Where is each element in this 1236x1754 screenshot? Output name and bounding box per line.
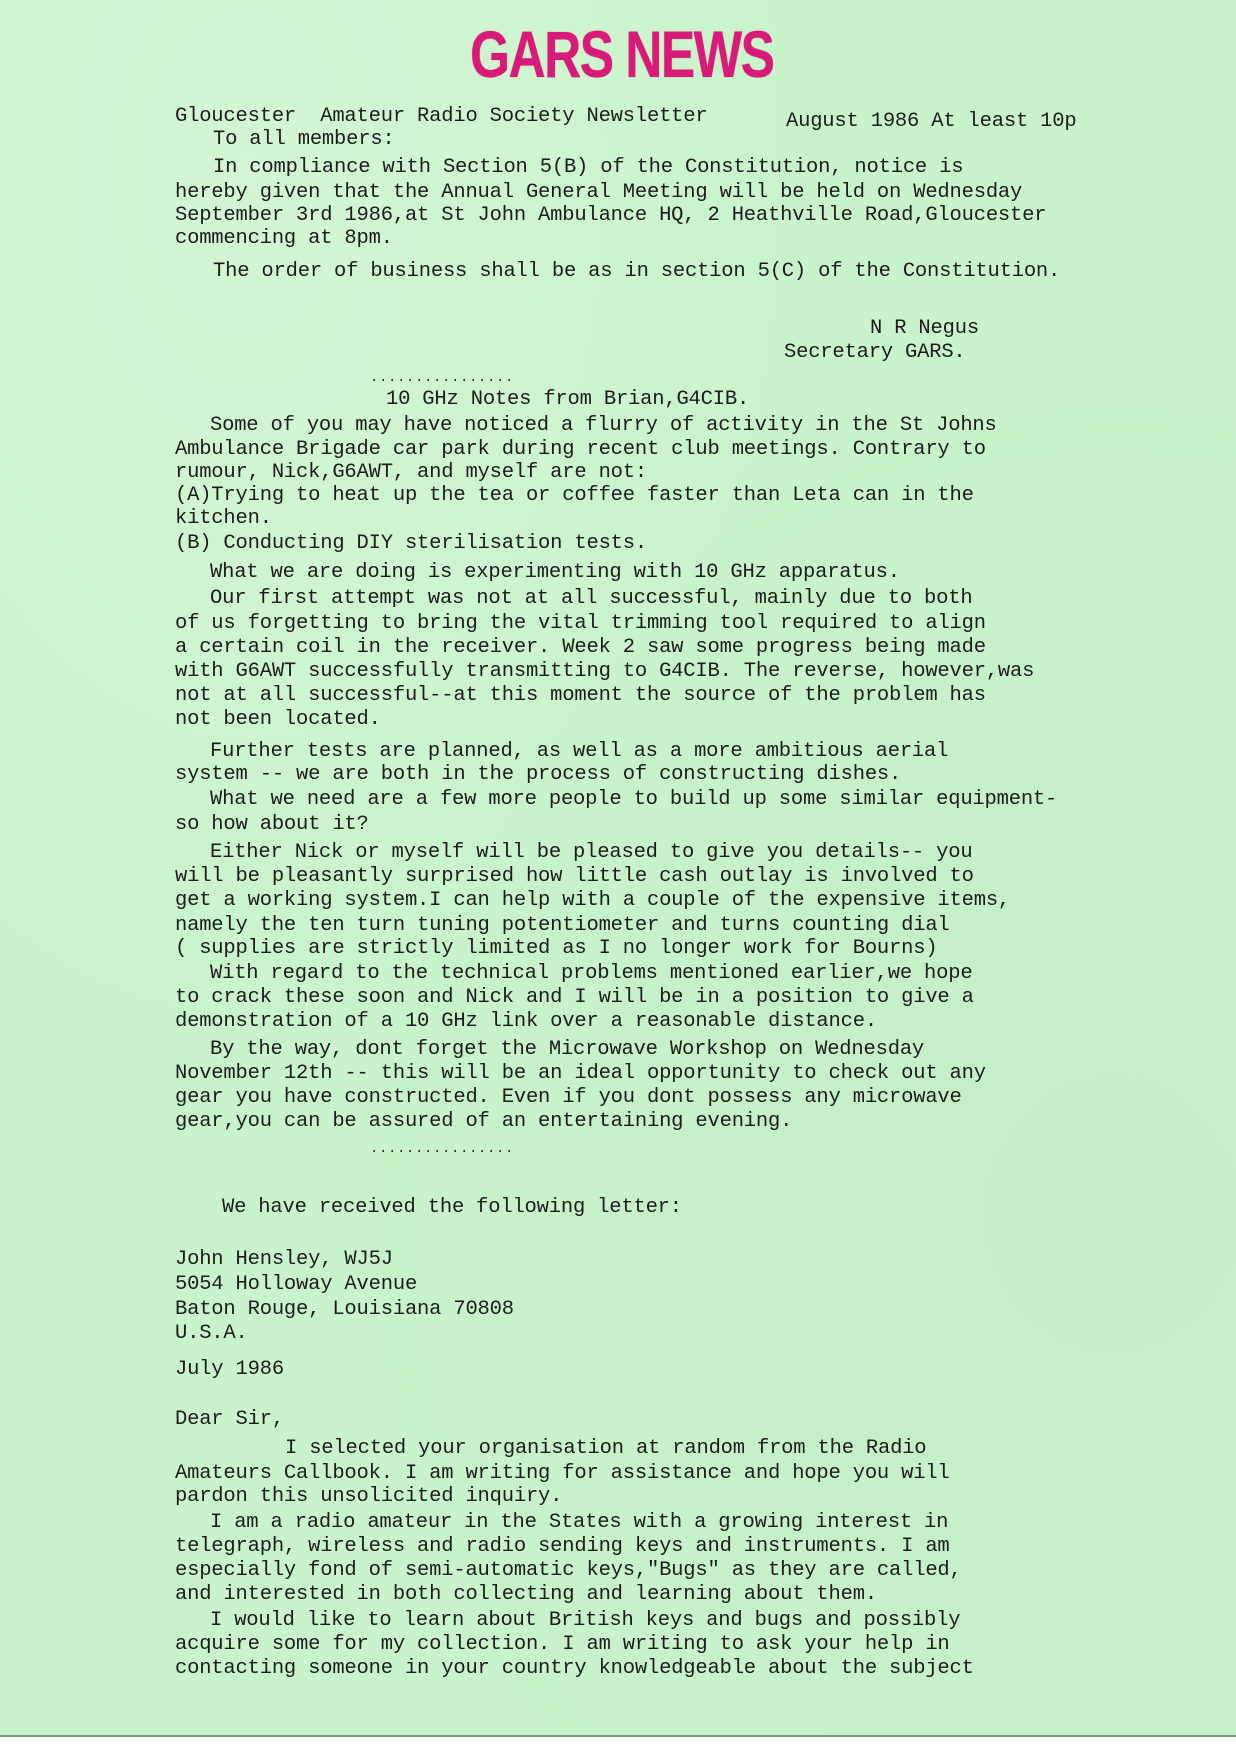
letter-line: I am a radio amateur in the States with … bbox=[210, 1511, 948, 1535]
letter-line: especially fond of semi-automatic keys,"… bbox=[175, 1559, 962, 1583]
signature-title: Secretary GARS. bbox=[784, 341, 966, 365]
ghz-line: of us forgetting to bring the vital trim… bbox=[175, 612, 986, 636]
agm-line: commencing at 8pm. bbox=[175, 227, 393, 251]
ghz-line: Further tests are planned, as well as a … bbox=[210, 740, 948, 764]
letter-line: I selected your organisation at random f… bbox=[285, 1437, 926, 1461]
ghz-line: rumour, Nick,G6AWT, and myself are not: bbox=[175, 461, 647, 485]
letter-line: telegraph, wireless and radio sending ke… bbox=[175, 1535, 950, 1559]
masthead-title: GARS NEWS bbox=[470, 14, 735, 94]
letter-address-line: U.S.A. bbox=[175, 1322, 248, 1346]
ghz-line: gear you have constructed. Even if you d… bbox=[175, 1086, 962, 1110]
letter-line: contacting someone in your country knowl… bbox=[175, 1657, 974, 1681]
signature-name: N R Negus bbox=[870, 317, 979, 341]
ghz-line: (B) Conducting DIY sterilisation tests. bbox=[175, 532, 647, 556]
ghz-line: will be pleasantly surprised how little … bbox=[175, 865, 974, 889]
ghz-notes-title: 10 GHz Notes from Brian,G4CIB. bbox=[386, 388, 749, 412]
ghz-line: with G6AWT successfully transmitting to … bbox=[175, 660, 1034, 684]
section-separator: ................ bbox=[370, 370, 514, 386]
letter-date: July 1986 bbox=[175, 1358, 284, 1382]
ghz-line: ( supplies are strictly limited as I no … bbox=[175, 937, 937, 961]
ghz-line: Some of you may have noticed a flurry of… bbox=[210, 414, 997, 438]
letter-address-line: Baton Rouge, Louisiana 70808 bbox=[175, 1298, 514, 1322]
agm-line: hereby given that the Annual General Mee… bbox=[175, 181, 1022, 205]
newsletter-page: GARS NEWS Gloucester Amateur Radio Socie… bbox=[0, 0, 1236, 1737]
ghz-line: Our first attempt was not at all success… bbox=[210, 587, 972, 611]
salutation: To all members: bbox=[213, 128, 395, 152]
ghz-line: kitchen. bbox=[175, 507, 272, 531]
letter-line: and interested in both collecting and le… bbox=[175, 1583, 877, 1607]
ghz-line: Ambulance Brigade car park during recent… bbox=[175, 438, 986, 462]
ghz-line: namely the ten turn tuning potentiometer… bbox=[175, 914, 950, 938]
agm-line: In compliance with Section 5(B) of the C… bbox=[213, 156, 963, 180]
letter-line: pardon this unsolicited inquiry. bbox=[175, 1485, 562, 1509]
agm-line: The order of business shall be as in sec… bbox=[213, 260, 1060, 284]
ghz-line: system -- we are both in the process of … bbox=[175, 763, 901, 787]
letter-line: acquire some for my collection. I am wri… bbox=[175, 1633, 950, 1657]
org-name: Gloucester Amateur Radio Society Newslet… bbox=[175, 105, 708, 129]
ghz-line: What we are doing is experimenting with … bbox=[210, 561, 900, 585]
letter-line: Amateurs Callbook. I am writing for assi… bbox=[175, 1462, 950, 1486]
ghz-line: not been located. bbox=[175, 708, 381, 732]
letter-address-line: John Hensley, WJ5J bbox=[175, 1248, 393, 1272]
ghz-line: gear,you can be assured of an entertaini… bbox=[175, 1110, 792, 1134]
ghz-line: By the way, dont forget the Microwave Wo… bbox=[210, 1038, 924, 1062]
ghz-line: get a working system.I can help with a c… bbox=[175, 889, 1010, 913]
ghz-line: not at all successful--at this moment th… bbox=[175, 684, 986, 708]
ghz-line: Either Nick or myself will be pleased to… bbox=[210, 841, 972, 865]
letter-address-line: 5054 Holloway Avenue bbox=[175, 1273, 417, 1297]
ghz-line: With regard to the technical problems me… bbox=[210, 962, 972, 986]
ghz-line: November 12th -- this will be an ideal o… bbox=[175, 1062, 986, 1086]
ghz-line: a certain coil in the receiver. Week 2 s… bbox=[175, 636, 986, 660]
ghz-line: to crack these soon and Nick and I will … bbox=[175, 986, 974, 1010]
letter-greeting: Dear Sir, bbox=[175, 1408, 284, 1432]
issue-date-price: August 1986 At least 10p bbox=[786, 110, 1076, 134]
ghz-line: so how about it? bbox=[175, 813, 369, 837]
ghz-line: (A)Trying to heat up the tea or coffee f… bbox=[175, 484, 974, 508]
letter-intro: We have received the following letter: bbox=[222, 1196, 682, 1220]
ghz-line: What we need are a few more people to bu… bbox=[210, 788, 1057, 812]
section-separator: ................ bbox=[370, 1141, 514, 1157]
agm-line: September 3rd 1986,at St John Ambulance … bbox=[175, 204, 1046, 228]
ghz-line: demonstration of a 10 GHz link over a re… bbox=[175, 1010, 877, 1034]
letter-line: I would like to learn about British keys… bbox=[210, 1609, 960, 1633]
